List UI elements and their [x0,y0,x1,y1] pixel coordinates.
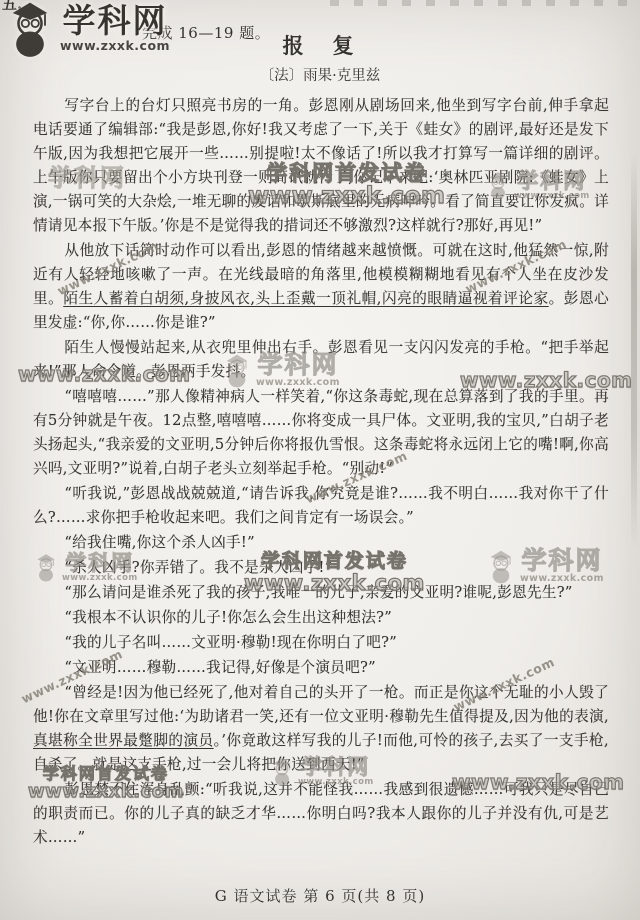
text-segment: “听我说,”彭恩战战兢兢道,“请告诉我,你究竟是谁?……我不明白……我对你干了什… [33,485,609,526]
article-title: 报 复 [0,30,640,60]
paragraph: “给我住嘴,你这个杀人凶手!” [33,531,609,555]
paragraph: “听我说,”彭恩战战兢兢道,“请告诉我,你究竟是谁?……我不明白……我对你干了什… [33,482,609,530]
paragraph: “曾经是!因为他已经死了,他对着自己的头开了一枪。而正是你这个无耻的小人毁了他!… [33,681,609,777]
paragraph: “我根本不认识你的儿子!你怎么会生出这种想法?” [33,606,609,630]
paragraph: “我的儿子名叫……文亚明·穆勒!现在你明白了吧?” [33,631,609,655]
scan-artifact-right-streak [631,150,637,550]
scan-artifact-top-fragment [330,0,630,6]
paragraph: “那么请问是谁杀死了我的孩子,我唯一的儿子,亲爱的文亚明?谁呢,彭恩先生?” [33,581,609,605]
article-body: 写字台上的台灯只照亮书房的一角。彭恩刚从剧场回来,他坐到写字台前,伸手拿起电话要… [33,94,609,851]
text-segment: “曾经是!因为他已经死了,他对着自己的头开了一枪。而正是你这个无耻的小人毁了他!… [33,684,609,725]
paragraph: “嘻嘻嘻……”那人像精神病人一样笑着,“你这条毒蛇,现在总算落到了我的手里。再有… [33,385,609,481]
paragraph: 陌生人慢慢站起来,从衣兜里伸出右手。彭恩看见一支闪闪发亮的手枪。“把手举起来!”… [33,336,609,384]
paragraph: “杀人凶手?你弄错了。我不是杀人凶手!” [33,556,609,580]
paragraph: “文亚明……穆勒……我记得,好像是个演员吧?” [33,656,609,680]
paragraph: 彭恩禁不住浑身乱颤:“听我说,这并不能怪我……我感到很遗憾……可我只是尽自己的职… [33,778,609,850]
exam-scan-page: 五. 完成 16—19 题。 报 复 〔法〕雨果·克里兹 写字台上的台灯只照亮书… [0,0,640,920]
text-segment: 陌生人慢慢站起来,从衣兜里伸出右手。彭恩看见一支闪闪发亮的手枪。“把手举起来!”… [33,339,609,380]
text-segment: “嘻嘻嘻……”那人像精神病人一样笑着,“你这条毒蛇,现在总算落到了我的手里。再有… [33,388,609,477]
text-segment: “给我住嘴,你这个杀人凶手!” [64,534,254,551]
page-footer: G 语文试卷 第 6 页(共 8 页) [0,885,640,906]
underlined-sentence: 陌生人蓄着白胡须,身披风衣,头上歪戴一顶礼帽,闪亮的眼睛逼视着评论家 [63,290,548,307]
text-segment: “我根本不认识你的儿子!你怎么会生出这种想法?” [64,609,392,626]
text-segment: 写字台上的台灯只照亮书房的一角。彭恩刚从剧场回来,他坐到写字台前,伸手拿起电话要… [33,97,609,234]
text-segment: “杀人凶手?你弄错了。我不是杀人凶手!” [64,559,332,576]
paragraph: 写字台上的台灯只照亮书房的一角。彭恩刚从剧场回来,他坐到写字台前,伸手拿起电话要… [33,94,609,238]
text-segment: “那么请问是谁杀死了我的孩子,我唯一的儿子,亲爱的文亚明?谁呢,彭恩先生?” [64,584,572,601]
underlined-sentence: 真堪称全世界最蹩脚的演员 [33,732,214,749]
article-author: 〔法〕雨果·克里兹 [0,64,640,85]
text-segment: 彭恩禁不住浑身乱颤:“听我说,这并不能怪我……我感到很遗憾……可我只是尽自己的职… [33,781,609,846]
text-segment: “我的儿子名叫……文亚明·穆勒!现在你明白了吧?” [64,634,397,651]
paragraph: 从他放下话筒时动作可以看出,彭恩的情绪越来越愤慨。可就在这时,他猛然一惊,附近有… [33,239,609,335]
section-marker: 五. [2,0,22,14]
text-segment: “文亚明……穆勒……我记得,好像是个演员吧?” [64,659,376,676]
